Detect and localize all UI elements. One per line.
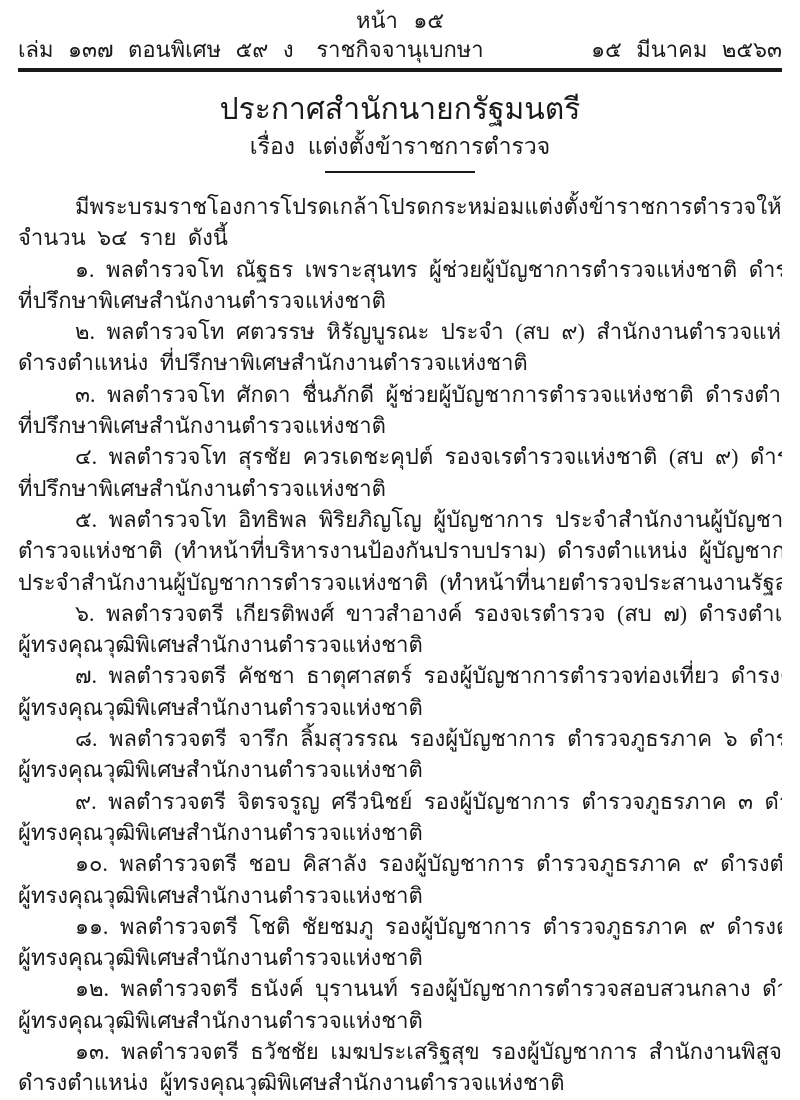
body-line: มีพระบรมราชโองการโปรดเกล้าโปรดกระหม่อมแต… — [18, 191, 782, 222]
gazette-page: หน้า ๑๕ เล่ม ๑๓๗ ตอนพิเศษ ๕๙ ง ราชกิจจาน… — [0, 0, 800, 1100]
body-line: ๑๒. พลตำรวจตรี ธนังค์ บุรานนท์ รองผู้บัญ… — [18, 973, 782, 1004]
body-line: ประจำสำนักงานผู้บัญชาการตำรวจแห่งชาติ (ท… — [18, 567, 782, 598]
body-line: ๕. พลตำรวจโท อิทธิพล พิริยภิญโญ ผู้บัญชา… — [18, 504, 782, 535]
body-line: ดำรงตำแหน่ง ที่ปรึกษาพิเศษสำนักงานตำรวจแ… — [18, 347, 782, 378]
body-line: ๗. พลตำรวจตรี คัชชา ธาตุศาสตร์ รองผู้บัญ… — [18, 660, 782, 691]
body-line: ๑๐. พลตำรวจตรี ชอบ คิสาลัง รองผู้บัญชากา… — [18, 848, 782, 879]
body-line: ที่ปรึกษาพิเศษสำนักงานตำรวจแห่งชาติ — [18, 410, 782, 441]
page-number: หน้า ๑๕ — [18, 6, 782, 36]
body-line: ผู้ทรงคุณวุฒิพิเศษสำนักงานตำรวจแห่งชาติ — [18, 1005, 782, 1036]
subject-divider — [325, 171, 475, 173]
announcement-subject: เรื่อง แต่งตั้งข้าราชการตำรวจ — [18, 132, 782, 162]
body-line: ผู้ทรงคุณวุฒิพิเศษสำนักงานตำรวจแห่งชาติ — [18, 880, 782, 911]
body-line: ที่ปรึกษาพิเศษสำนักงานตำรวจแห่งชาติ — [18, 285, 782, 316]
gazette-name: ราชกิจจานุเบกษา — [316, 36, 483, 64]
gazette-header: เล่ม ๑๓๗ ตอนพิเศษ ๕๙ ง ราชกิจจานุเบกษา ๑… — [18, 36, 782, 64]
body-line: ผู้ทรงคุณวุฒิพิเศษสำนักงานตำรวจแห่งชาติ — [18, 692, 782, 723]
body-line: จำนวน ๖๔ ราย ดังนี้ — [18, 222, 782, 253]
body-line: ๑๓. พลตำรวจตรี ธวัชชัย เมฆประเสริฐสุข รอ… — [18, 1036, 782, 1067]
body-line: ๒. พลตำรวจโท ศตวรรษ หิรัญบูรณะ ประจำ (สบ… — [18, 316, 782, 347]
body-line: ดำรงตำแหน่ง ผู้ทรงคุณวุฒิพิเศษสำนักงานตำ… — [18, 1067, 782, 1098]
volume-issue-label: เล่ม ๑๓๗ ตอนพิเศษ ๕๙ ง — [18, 37, 294, 62]
body-line: ผู้ทรงคุณวุฒิพิเศษสำนักงานตำรวจแห่งชาติ — [18, 629, 782, 660]
body-line: ๙. พลตำรวจตรี จิตรจรูญ ศรีวนิชย์ รองผู้บ… — [18, 786, 782, 817]
header-divider — [18, 68, 782, 72]
body-line: ๘. พลตำรวจตรี จารึก ลิ้มสุวรรณ รองผู้บัญ… — [18, 723, 782, 754]
body-line: ผู้ทรงคุณวุฒิพิเศษสำนักงานตำรวจแห่งชาติ — [18, 817, 782, 848]
body-line: ตำรวจแห่งชาติ (ทำหน้าที่บริหารงานป้องกัน… — [18, 535, 782, 566]
body-line: ๓. พลตำรวจโท ศักดา ชื่นภักดี ผู้ช่วยผู้บ… — [18, 379, 782, 410]
announcement-body: มีพระบรมราชโองการโปรดเกล้าโปรดกระหม่อมแต… — [18, 191, 782, 1099]
announcement-title: ประกาศสำนักนายกรัฐมนตรี — [18, 90, 782, 130]
body-line: ๔. พลตำรวจโท สุรชัย ควรเดชะคุปต์ รองจเรต… — [18, 441, 782, 472]
body-line: ที่ปรึกษาพิเศษสำนักงานตำรวจแห่งชาติ — [18, 473, 782, 504]
body-line: ๑. พลตำรวจโท ณัฐธร เพราะสุนทร ผู้ช่วยผู้… — [18, 254, 782, 285]
body-line: ๑๑. พลตำรวจตรี โชติ ชัยชมภู รองผู้บัญชาก… — [18, 911, 782, 942]
publication-date: ๑๕ มีนาคม ๒๕๖๓ — [591, 36, 782, 64]
body-line: ๖. พลตำรวจตรี เกียรติพงศ์ ขาวสำอางค์ รอง… — [18, 598, 782, 629]
body-line: ผู้ทรงคุณวุฒิพิเศษสำนักงานตำรวจแห่งชาติ — [18, 754, 782, 785]
body-line: ผู้ทรงคุณวุฒิพิเศษสำนักงานตำรวจแห่งชาติ — [18, 942, 782, 973]
